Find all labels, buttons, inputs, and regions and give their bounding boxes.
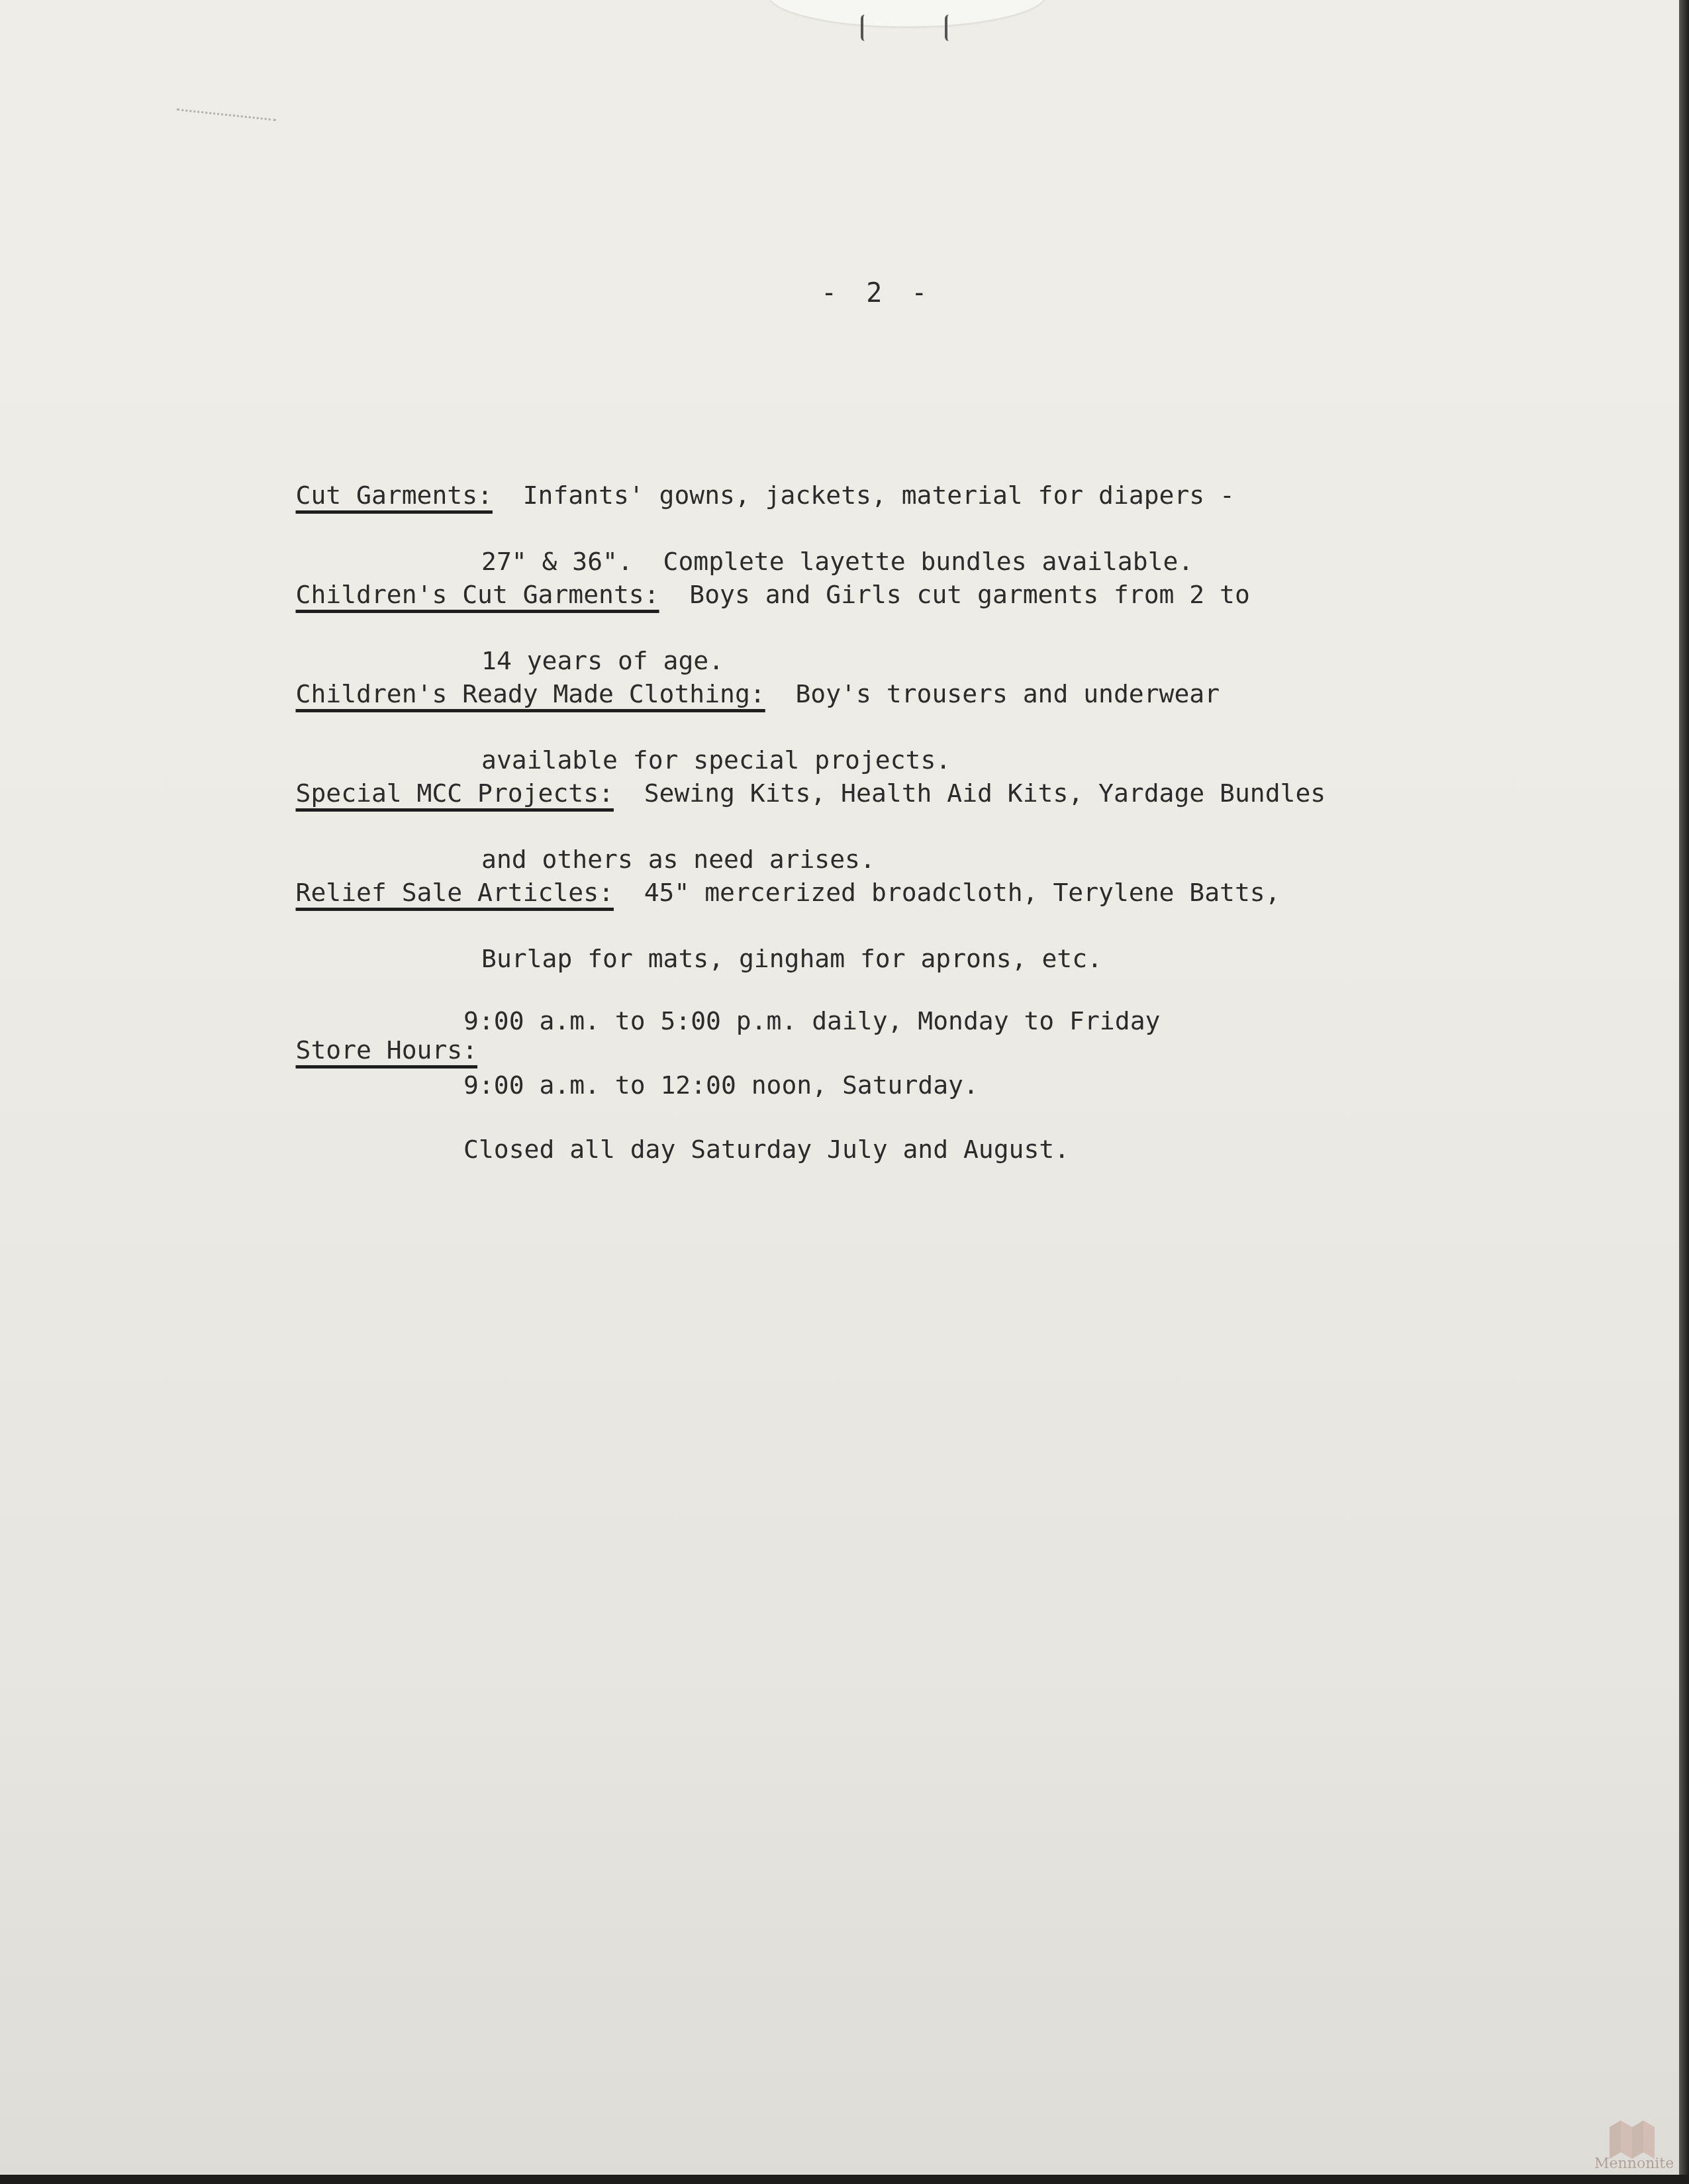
entry-label: Children's Cut Garments: [296, 580, 659, 609]
store-hours-weekday: 9:00 a.m. to 5:00 p.m. daily, Monday to … [463, 1006, 1160, 1035]
archive-watermark: Mennonite [1594, 2121, 1667, 2172]
entry-text: Infants' gowns, jackets, material for di… [493, 481, 1235, 510]
staple-icon [861, 15, 870, 41]
entry-text: 45" mercerized broadcloth, Terylene Batt… [614, 878, 1280, 907]
entry-label: Special MCC Projects: [296, 779, 614, 808]
mennonite-archive-logo-icon [1607, 2121, 1655, 2156]
store-hours-label: Store Hours: [296, 1035, 478, 1065]
torn-corner [768, 0, 1046, 26]
entry-text: Boys and Girls cut garments from 2 to [659, 580, 1250, 609]
pencil-mark [177, 95, 277, 121]
entry-text: Sewing Kits, Health Aid Kits, Yardage Bu… [614, 779, 1326, 808]
document-page: - 2 - Cut Garments: Infants' gowns, jack… [0, 0, 1679, 2184]
page-number: - 2 - [821, 278, 934, 309]
entry-label: Relief Sale Articles: [296, 878, 614, 907]
staple-icon [945, 15, 954, 41]
entry-continuation: Burlap for mats, gingham for aprons, etc… [235, 942, 1280, 975]
store-hours-summer-note: Closed all day Saturday July and August. [463, 1135, 1069, 1164]
scan-edge-right [1679, 0, 1689, 2184]
scan-edge-bottom [0, 2175, 1689, 2184]
store-hours-saturday: 9:00 a.m. to 12:00 noon, Saturday. [463, 1070, 979, 1100]
entry-label: Cut Garments: [296, 481, 493, 510]
entry-label: Children's Ready Made Clothing: [296, 679, 765, 708]
entry-text: Boy's trousers and underwear [765, 679, 1220, 708]
store-hours: Store Hours: 9:00 a.m. to 5:00 p.m. dail… [235, 1006, 477, 1181]
